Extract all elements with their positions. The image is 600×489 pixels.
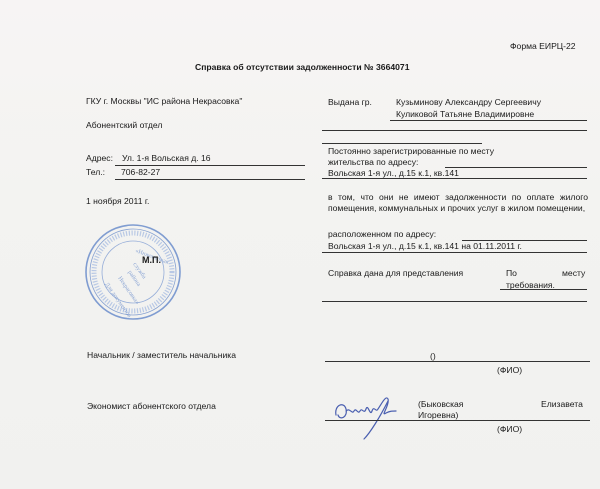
phone-label: Тел.: [86, 167, 105, 177]
blank-line-1 [322, 130, 587, 131]
registered-underline-2 [322, 178, 587, 179]
purpose-label: Справка дана для представления [328, 268, 463, 278]
economist-signature-line [325, 420, 590, 421]
signature-icon [330, 393, 410, 443]
document-title: Справка об отсутствии задолженности № 36… [195, 62, 409, 72]
registered-address: Вольская 1-я ул., д.15 к.1, кв.141 [328, 168, 459, 178]
head-signature-line [325, 361, 590, 362]
address-underline [115, 165, 305, 166]
issued-name-2: Куликовой Татьяне Владимировне [396, 109, 534, 119]
organization-name: ГКУ г. Москвы "ИС района Некрасовка" [86, 96, 242, 106]
issued-name-1: Кузьминову Александру Сергеевичу [396, 97, 541, 107]
purpose-value-1: По [506, 268, 517, 278]
registered-underline-1 [445, 167, 587, 168]
located-label: расположенном по адресу: [328, 229, 436, 239]
head-fio-label: (ФИО) [497, 365, 522, 375]
phone-underline [115, 179, 305, 180]
economist-name-1: (Быковская [418, 399, 463, 409]
form-code: Форма ЕИРЦ-22 [510, 41, 576, 51]
address-label: Адрес: [86, 153, 113, 163]
issue-date: 1 ноября 2011 г. [86, 196, 149, 206]
economist-name-2: Елизавета [541, 399, 583, 409]
purpose-underline-1 [500, 289, 587, 290]
stamp-mp-label: М.П. [142, 255, 161, 265]
registered-text-1: Постоянно зарегистрированные по месту [328, 146, 494, 156]
stamp-seal-icon: «Инженерная служба района Некрасовка» Дл… [83, 222, 183, 322]
located-underline-2 [322, 252, 587, 253]
registered-text-2: жительства по адресу: [328, 157, 418, 167]
purpose-value-2: месту [562, 268, 585, 278]
address-value: Ул. 1-я Вольская д. 16 [122, 153, 211, 163]
blank-line-2 [322, 143, 482, 144]
issued-to-label: Выдана гр. [328, 97, 372, 107]
official-stamp: «Инженерная служба района Некрасовка» Дл… [83, 222, 183, 322]
statement-text: в том, что они не имеют задолженности по… [328, 192, 588, 214]
head-label: Начальник / заместитель начальника [87, 350, 236, 360]
purpose-underline-2 [322, 301, 587, 302]
department-name: Абонентский отдел [86, 120, 162, 130]
economist-name-3: Игоревна) [418, 410, 458, 420]
located-address: Вольская 1-я ул., д.15 к.1, кв.141 на 01… [328, 241, 522, 251]
economist-fio-label: (ФИО) [497, 424, 522, 434]
issued-underline [390, 120, 587, 121]
document-page: Форма ЕИРЦ-22 Справка об отсутствии задо… [0, 0, 600, 489]
phone-value: 706-82-27 [121, 167, 160, 177]
economist-label: Экономист абонентского отдела [87, 401, 216, 411]
head-name-value: () [430, 351, 436, 361]
